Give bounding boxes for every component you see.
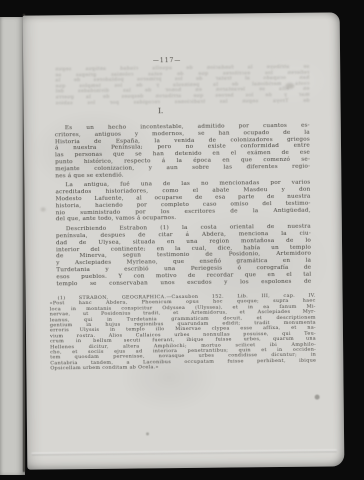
paper-smudge: [285, 83, 294, 89]
paper-speck: [315, 395, 320, 400]
page-crease: [31, 449, 337, 455]
text-line: de Troya segun las tradiciones recogidas…: [56, 98, 310, 106]
footnote: (1) STRABON, GEOGRAPHICA.—Casaubon 152. …: [50, 294, 317, 372]
paper-speck: [146, 432, 149, 435]
paragraph-3: Describiendo Estrabon (1) la costa orien…: [56, 224, 312, 288]
body-text: Es un hecho incontestable, admitido por …: [55, 123, 312, 288]
paper-smudge: [41, 207, 46, 211]
paragraph-2: La antigua, fué una de las no mencionada…: [55, 180, 310, 223]
show-through-text: se atribuye la fundacion de aquella ciud…: [55, 65, 309, 107]
book-page: —117— se atribuye la fundacion de aquell…: [23, 12, 345, 469]
page-number: —117—: [117, 57, 217, 65]
photographed-book-page-scene: —117— se atribuye la fundacion de aquell…: [0, 0, 364, 480]
text-line: del que, ante todo, vamos á ocuparnos.: [56, 214, 311, 223]
paragraph-1: Es un hecho incontestable, admitido por …: [55, 123, 311, 180]
section-heading: I.: [148, 106, 174, 115]
facing-page-edge: [0, 17, 25, 475]
text-line: Opsicellam urbem conditam ab Ocela.»: [50, 364, 316, 372]
